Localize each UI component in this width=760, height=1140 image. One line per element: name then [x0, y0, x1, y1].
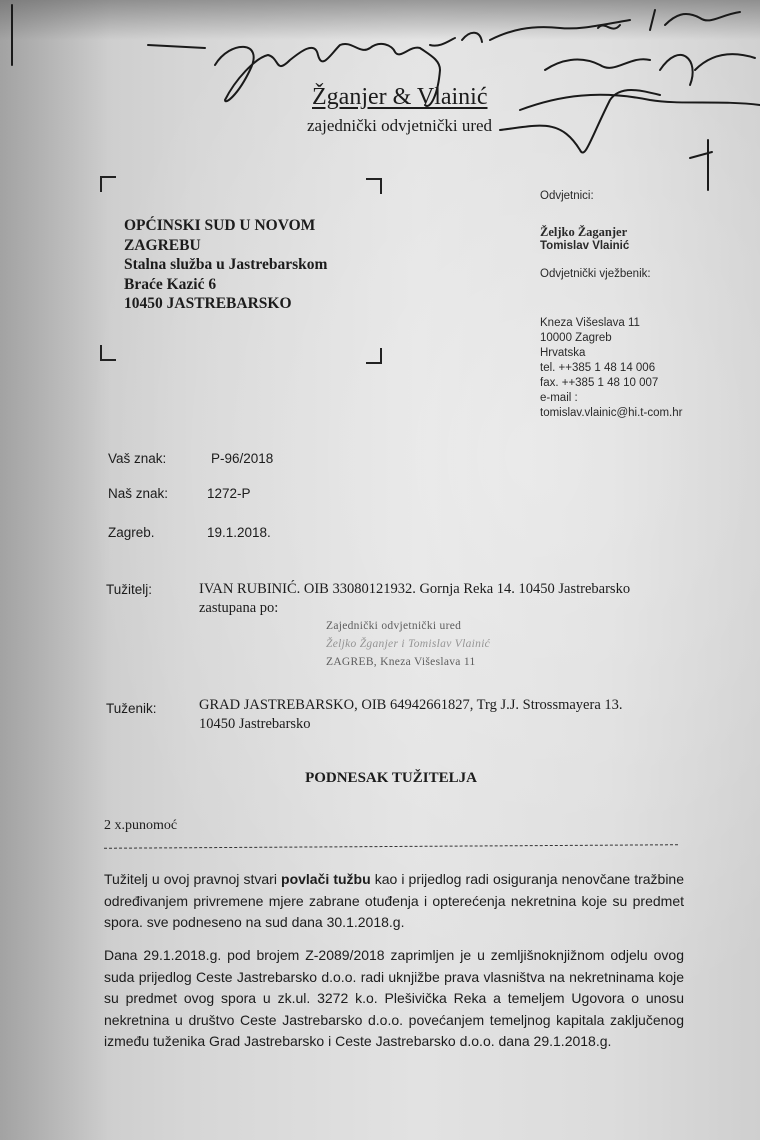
plaintiff: IVAN RUBINIĆ. OIB 33080121932. Gornja Re… — [199, 580, 630, 618]
stamp-line: Željko Žganjer i Tomislav Vlainić — [326, 635, 490, 653]
address-window-corner — [100, 176, 116, 192]
contact-email: tomislav.vlainic@hi.t-com.hr — [540, 406, 682, 421]
document-title: PODNESAK TUŽITELJA — [0, 770, 760, 787]
place-label: Zagreb. — [108, 525, 155, 540]
address-window-corner — [366, 348, 382, 364]
contact-line: Hrvatska — [540, 346, 682, 361]
firm-subtitle: zajednički odvjetnički ured — [307, 116, 492, 136]
represented-by: zastupana po: — [199, 599, 630, 618]
recipient-address: OPĆINSKI SUD U NOVOM ZAGREBU Stalna služ… — [124, 216, 327, 314]
defendant-line: 10450 Jastrebarsko — [199, 715, 623, 734]
address-window-corner — [100, 345, 116, 361]
contact-fax: fax. ++385 1 48 10 007 — [540, 376, 682, 391]
your-ref-label: Vaš znak: — [108, 451, 166, 466]
firm-stamp: Zajednički odvjetnički ured Željko Žganj… — [326, 617, 490, 671]
stamp-line: ZAGREB, Kneza Višeslava 11 — [326, 653, 490, 671]
recipient-line: Braće Kazić 6 — [124, 275, 327, 295]
body-paragraph: Tužitelj u ovoj pravnoj stvari povlači t… — [104, 869, 684, 934]
contact-phone: tel. ++385 1 48 14 006 — [540, 361, 682, 376]
defendant: GRAD JASTREBARSKO, OIB 64942661827, Trg … — [199, 696, 623, 734]
body-paragraph: Dana 29.1.2018.g. pod brojem Z-2089/2018… — [104, 945, 684, 1053]
lawyer-name: Željko Žaganjer — [540, 225, 627, 240]
lawyers-label: Odvjetnici: — [540, 190, 594, 202]
firm-name: Žganjer & Vlainić — [312, 84, 488, 111]
our-ref-label: Naš znak: — [108, 486, 168, 501]
address-window-corner — [366, 178, 382, 194]
contact-email-label: e-mail : — [540, 391, 682, 406]
page-shadow — [0, 0, 760, 40]
stamp-line: Zajednički odvjetnički ured — [326, 617, 490, 635]
paragraph-text: Tužitelj u ovoj pravnoj stvari — [104, 871, 281, 887]
recipient-line: OPĆINSKI SUD U NOVOM — [124, 216, 327, 236]
plaintiff-details: IVAN RUBINIĆ. OIB 33080121932. Gornja Re… — [199, 580, 630, 599]
paragraph-emphasis: povlači tužbu — [281, 871, 371, 887]
defendant-label: Tuženik: — [106, 701, 157, 716]
defendant-line: GRAD JASTREBARSKO, OIB 64942661827, Trg … — [199, 696, 623, 715]
contact-line: Kneza Višeslava 11 — [540, 316, 682, 331]
plaintiff-label: Tužitelj: — [106, 582, 152, 597]
our-ref-value: 1272-P — [207, 486, 251, 501]
recipient-line: ZAGREBU — [124, 236, 327, 256]
firm-contact: Kneza Višeslava 11 10000 Zagreb Hrvatska… — [540, 316, 682, 421]
contact-line: 10000 Zagreb — [540, 331, 682, 346]
recipient-line: Stalna služba u Jastrebarskom — [124, 255, 327, 275]
page-shadow-left — [0, 0, 110, 1140]
your-ref-value: P-96/2018 — [211, 451, 273, 466]
recipient-line: 10450 JASTREBARSKO — [124, 294, 327, 314]
lawyer-name: Tomislav Vlainić — [540, 240, 629, 252]
trainee-label: Odvjetnički vježbenik: — [540, 268, 651, 280]
enclosure-note: 2 x.punomoć — [104, 818, 177, 834]
document-date: 19.1.2018. — [207, 525, 271, 540]
